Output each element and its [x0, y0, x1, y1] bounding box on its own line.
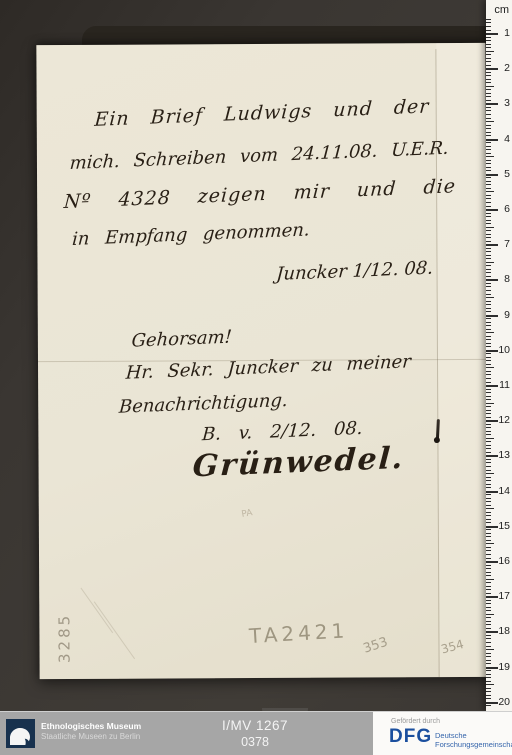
ruler-tick — [486, 255, 491, 256]
ruler-tick — [486, 135, 491, 136]
ruler-tick — [486, 434, 491, 435]
ruler-tick — [486, 336, 491, 337]
ruler-tick — [486, 424, 491, 425]
ruler-tick — [486, 181, 491, 182]
reference-id: I/MV 1267 — [160, 718, 350, 733]
ruler-tick — [486, 448, 491, 449]
ruler-tick — [486, 360, 491, 361]
ruler-tick — [486, 466, 491, 467]
ruler-tick — [486, 607, 491, 608]
handwriting-reply-date: B. v. 2/12. 08. — [201, 418, 363, 446]
ruler-tick — [486, 121, 494, 122]
handwriting-reply-line-3: Benachrichtigung. — [118, 390, 288, 418]
ruler-tick-label: 11 — [492, 379, 510, 391]
ruler-tick-label: 7 — [492, 238, 510, 250]
scan-number: 0378 — [160, 735, 350, 749]
ruler-tick — [486, 403, 494, 404]
ruler-tick — [486, 364, 491, 365]
ruler-tick — [486, 230, 491, 231]
ruler-tick — [486, 477, 491, 478]
funding-org-line1: Deutsche — [435, 731, 512, 740]
ruler-tick-label: 10 — [492, 344, 510, 356]
ruler-tick — [486, 163, 491, 164]
ruler-tick — [486, 441, 491, 442]
ruler-tick — [486, 322, 491, 323]
ruler-tick — [486, 216, 491, 217]
ruler-tick — [486, 353, 491, 354]
ruler-tick — [486, 681, 491, 682]
museum-name-block: Ethnologisches Museum Staatliche Museen … — [41, 721, 141, 743]
ruler-tick — [486, 653, 491, 654]
ruler-tick — [486, 617, 491, 618]
funding-pretext: Gefördert durch — [391, 718, 440, 725]
museum-subtitle: Staatliche Museen zu Berlin — [41, 732, 141, 743]
ruler-tick — [486, 26, 491, 27]
handwriting-gruenwedel-signature: Grünwedel. — [192, 441, 406, 485]
ruler-tick — [486, 536, 491, 537]
ruler-tick — [486, 248, 491, 249]
ruler-tick — [486, 579, 494, 580]
ruler-tick — [486, 663, 491, 664]
ruler-tick — [486, 515, 491, 516]
ruler-tick — [486, 589, 491, 590]
ruler-tick — [486, 213, 491, 214]
reference-block: I/MV 1267 0378 — [160, 718, 350, 749]
ruler-tick — [486, 118, 491, 119]
smb-eagle-logo — [6, 719, 35, 748]
ruler-tick — [486, 308, 491, 309]
ruler-tick — [486, 343, 491, 344]
ruler-tick-label: 15 — [492, 520, 510, 532]
ruler-tick — [486, 301, 491, 302]
pencil-margin-number-vertical: 3285 — [55, 613, 73, 663]
ruler-tick — [486, 188, 491, 189]
ruler-tick — [486, 170, 491, 171]
ruler-tick — [486, 297, 494, 298]
handwriting-note-line-1: Ein Brief Ludwigs und der — [94, 95, 430, 131]
ruler-tick — [486, 329, 491, 330]
ruler-tick — [486, 191, 494, 192]
ruler-tick — [486, 339, 491, 340]
pencil-folio-number-left: 353 — [361, 635, 389, 657]
ruler-tick — [486, 417, 491, 418]
ruler-tick — [486, 107, 491, 108]
ruler-tick — [486, 54, 491, 55]
ruler-tick — [486, 614, 494, 615]
handwriting-note-line-2: mich. Schreiben vom 24.11.08. U.E.R. — [69, 138, 449, 174]
ruler-tick — [486, 480, 491, 481]
ruler-tick — [486, 670, 491, 671]
ruler-tick — [486, 227, 494, 228]
ruler-tick — [486, 128, 491, 129]
ruler-tick — [486, 86, 494, 87]
ruler-tick — [486, 586, 491, 587]
ruler-tick-label: 6 — [492, 203, 510, 215]
ruler: cm 1234567891011121314151617181920 — [486, 0, 512, 711]
scan-viewport: Ein Brief Ludwigs und der mich. Schreibe… — [0, 0, 512, 755]
ruler-tick-label: 16 — [492, 555, 510, 567]
ruler-tick — [486, 610, 491, 611]
ruler-tick — [486, 371, 491, 372]
ruler-tick — [486, 47, 491, 48]
ruler-tick-label: 9 — [492, 309, 510, 321]
ruler-tick — [486, 688, 491, 689]
ruler-tick — [486, 311, 491, 312]
ruler-tick — [486, 184, 491, 185]
ruler-tick — [486, 290, 491, 291]
ruler-tick — [486, 22, 491, 23]
ruler-tick — [486, 304, 491, 305]
ruler-tick — [486, 132, 491, 133]
ruler-tick — [486, 272, 491, 273]
ruler-tick — [486, 431, 491, 432]
ruler-tick — [486, 258, 491, 259]
handwriting-reply-line-2: Hr. Sekr. Juncker zu meiner — [125, 351, 411, 384]
ruler-tick — [486, 30, 491, 31]
ruler-tick — [486, 505, 491, 506]
ruler-tick — [486, 40, 491, 41]
ruler-tick — [486, 547, 491, 548]
ruler-tick — [486, 487, 491, 488]
ruler-tick — [486, 234, 491, 235]
ruler-tick — [486, 160, 491, 161]
ruler-tick — [486, 195, 491, 196]
ruler-tick — [486, 568, 491, 569]
ruler-tick — [486, 638, 491, 639]
ruler-tick — [486, 452, 491, 453]
ruler-tick — [486, 684, 494, 685]
ruler-tick — [486, 378, 491, 379]
ruler-tick — [486, 642, 491, 643]
ruler-tick — [486, 533, 491, 534]
ruler-tick — [486, 498, 491, 499]
ruler-tick — [486, 572, 491, 573]
ruler-tick — [486, 156, 494, 157]
ruler-tick — [486, 153, 491, 154]
ruler-tick — [486, 72, 491, 73]
ruler-tick — [486, 494, 491, 495]
ruler-tick — [486, 269, 491, 270]
ruler-tick — [486, 89, 491, 90]
ruler-tick-label: 1 — [492, 27, 510, 39]
ruler-tick — [486, 19, 491, 20]
ruler-tick — [486, 167, 491, 168]
ruler-tick — [486, 593, 491, 594]
ruler-tick — [486, 202, 491, 203]
ruler-tick — [486, 79, 491, 80]
ruler-tick — [486, 575, 491, 576]
ruler-tick — [486, 198, 491, 199]
ruler-tick — [486, 283, 491, 284]
ruler-tick — [486, 558, 491, 559]
ruler-tick — [486, 100, 491, 101]
ruler-tick — [486, 318, 491, 319]
ruler-tick — [486, 459, 491, 460]
ruler-tick — [486, 110, 491, 111]
ruler-tick — [486, 93, 491, 94]
ruler-tick — [486, 51, 494, 52]
ruler-tick-label: 13 — [492, 449, 510, 461]
ruler-tick-label: 8 — [492, 273, 510, 285]
ruler-tick — [486, 470, 491, 471]
ruler-tick — [486, 206, 491, 207]
ruler-tick — [486, 705, 491, 706]
ruler-tick — [486, 624, 491, 625]
ruler-tick — [486, 251, 491, 252]
ruler-tick — [486, 565, 491, 566]
ruler-tick-label: 5 — [492, 168, 510, 180]
ruler-tick — [486, 698, 491, 699]
ruler-tick — [486, 413, 491, 414]
ruler-tick — [486, 346, 491, 347]
ruler-tick — [486, 265, 491, 266]
ruler-tick — [486, 621, 491, 622]
ruler-tick — [486, 519, 491, 520]
ruler-tick — [486, 237, 491, 238]
ruler-tick — [486, 635, 491, 636]
ruler-tick — [486, 473, 494, 474]
ruler-tick — [486, 600, 491, 601]
pencil-scribble — [81, 588, 114, 633]
ruler-tick — [486, 399, 491, 400]
letter-page: Ein Brief Ludwigs und der mich. Schreibe… — [36, 43, 488, 679]
ruler-tick — [486, 325, 491, 326]
ruler-tick-label: 20 — [492, 696, 510, 708]
ruler-tick — [486, 142, 491, 143]
ruler-unit-label: cm — [494, 4, 509, 16]
ruler-tick — [486, 484, 491, 485]
footer-bar: Ethnologisches Museum Staatliche Museen … — [0, 711, 512, 755]
ruler-tick — [486, 389, 491, 390]
ruler-tick — [486, 367, 494, 368]
ruler-tick — [486, 392, 491, 393]
ruler-tick — [486, 582, 491, 583]
ruler-tick — [486, 677, 491, 678]
funding-panel: Gefördert durch DFG Deutsche Forschungsg… — [373, 712, 512, 755]
ruler-tick-label: 3 — [492, 97, 510, 109]
ruler-tick — [486, 656, 491, 657]
ruler-tick — [486, 382, 491, 383]
ruler-tick — [486, 438, 494, 439]
dfg-logo: DFG — [389, 726, 432, 748]
museum-name: Ethnologisches Museum — [41, 721, 141, 732]
ruler-tick — [486, 82, 491, 83]
ruler-tick — [486, 660, 491, 661]
ruler-tick — [486, 410, 491, 411]
ruler-tick — [486, 220, 491, 221]
ruler-tick — [486, 427, 491, 428]
handwriting-note-line-3: Nº 4328 zeigen mir und die — [63, 175, 457, 213]
ruler-tick — [486, 294, 491, 295]
ruler-tick — [486, 262, 494, 263]
ruler-tick — [486, 44, 491, 45]
ruler-tick — [486, 540, 491, 541]
ruler-tick — [486, 332, 494, 333]
ruler-tick-label: 4 — [492, 133, 510, 145]
ruler-tick — [486, 61, 491, 62]
ruler-tick-label: 14 — [492, 485, 510, 497]
ruler-tick — [486, 65, 491, 66]
ruler-tick — [486, 75, 491, 76]
ruler-tick — [486, 501, 491, 502]
ruler-tick — [486, 149, 491, 150]
ruler-tick — [486, 286, 491, 287]
ruler-tick — [486, 691, 491, 692]
ruler-tick — [486, 114, 491, 115]
ruler-tick — [486, 241, 491, 242]
ruler-tick — [486, 603, 491, 604]
ruler-tick — [486, 58, 491, 59]
ruler-tick — [486, 529, 491, 530]
ruler-tick — [486, 674, 491, 675]
handwriting-reply-line-1: Gehorsam! — [131, 327, 233, 352]
ruler-tick — [486, 357, 491, 358]
ruler-tick — [486, 649, 494, 650]
ruler-tick — [486, 125, 491, 126]
ruler-tick — [486, 223, 491, 224]
ruler-tick-label: 2 — [492, 62, 510, 74]
ruler-tick — [486, 628, 491, 629]
ruler-tick — [486, 146, 491, 147]
ruler-tick — [486, 543, 494, 544]
ruler-tick — [486, 396, 491, 397]
ruler-tick-label: 19 — [492, 661, 510, 673]
ruler-tick — [486, 512, 491, 513]
ruler-tick — [486, 445, 491, 446]
ruler-tick — [486, 646, 491, 647]
handwriting-note-line-4: in Empfang genommen. — [71, 219, 310, 250]
pencil-scribble — [94, 601, 135, 659]
ruler-tick-label: 12 — [492, 414, 510, 426]
ruler-tick — [486, 96, 491, 97]
ruler-tick — [486, 406, 491, 407]
ruler-tick-label: 18 — [492, 625, 510, 637]
ruler-tick — [486, 695, 491, 696]
ink-blot-mark — [436, 419, 440, 441]
ruler-tick — [486, 508, 494, 509]
ruler-tick — [486, 177, 491, 178]
pencil-inventory-number: TA2421 — [248, 618, 348, 648]
ruler-tick — [486, 554, 491, 555]
ruler-tick — [486, 276, 491, 277]
pencil-faint-initials: PA — [241, 508, 254, 520]
ruler-tick — [486, 522, 491, 523]
ruler-tick — [486, 37, 491, 38]
funding-org-line2: Forschungsgemeinschaft — [435, 740, 512, 749]
ruler-tick — [486, 550, 491, 551]
handwriting-juncker-signature: Juncker 1/12. 08. — [276, 258, 434, 285]
ruler-tick-label: 17 — [492, 590, 510, 602]
ruler-tick — [486, 374, 491, 375]
funding-org-name: Deutsche Forschungsgemeinschaft — [435, 731, 512, 750]
ruler-tick — [486, 462, 491, 463]
